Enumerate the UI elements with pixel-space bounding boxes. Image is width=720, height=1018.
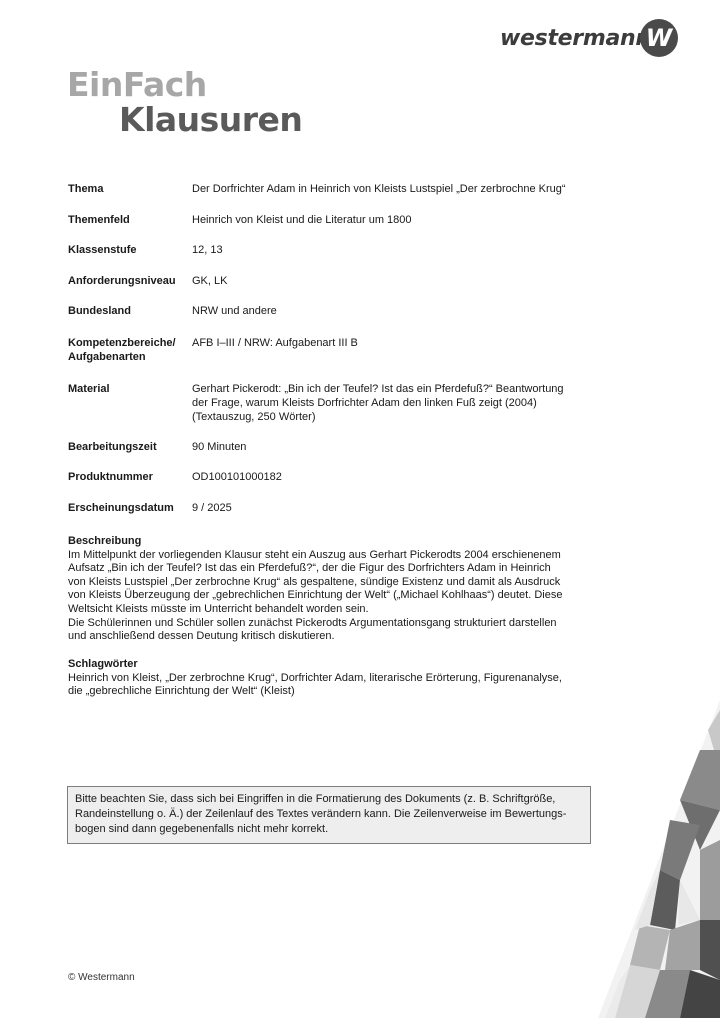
meta-value: GK, LK <box>192 274 608 288</box>
meta-key: Bundesland <box>68 304 192 318</box>
meta-row-erscheinungsdatum: Erscheinungsdatum 9 / 2025 <box>68 501 608 515</box>
meta-value: NRW und andere <box>192 304 608 318</box>
publisher-logo-icon: W <box>640 19 678 57</box>
meta-row-material: Material Gerhart Pickerodt: „Bin ich der… <box>68 382 608 424</box>
series-title-line2: Klausuren <box>119 103 302 136</box>
meta-key: Erscheinungsdatum <box>68 501 192 515</box>
description-paragraph: Die Schülerinnen und Schüler sollen zunä… <box>68 617 566 644</box>
keywords-text: Heinrich von Kleist, „Der zerbrochne Kru… <box>68 672 566 699</box>
meta-row-themenfeld: Themenfeld Heinrich von Kleist und die L… <box>68 213 608 227</box>
meta-key: Material <box>68 382 192 424</box>
meta-row-bearbeitungszeit: Bearbeitungszeit 90 Minuten <box>68 440 608 454</box>
keywords-heading: Schlagwörter <box>68 658 566 672</box>
meta-value: Heinrich von Kleist und die Literatur um… <box>192 213 608 227</box>
meta-row-anforderungsniveau: Anforderungsniveau GK, LK <box>68 274 608 288</box>
keywords-section: Schlagwörter Heinrich von Kleist, „Der z… <box>68 658 566 699</box>
meta-row-klassenstufe: Klassenstufe 12, 13 <box>68 243 608 257</box>
meta-key: Themenfeld <box>68 213 192 227</box>
meta-row-thema: Thema Der Dorfrichter Adam in Heinrich v… <box>68 182 608 196</box>
meta-row-kompetenzbereiche: Kompetenzbereiche/ Aufgabenarten AFB I–I… <box>68 336 608 364</box>
meta-key: Kompetenzbereiche/ Aufgabenarten <box>68 336 192 364</box>
formatting-notice: Bitte beachten Sie, dass sich bei Eingri… <box>67 786 591 844</box>
series-title-line1: EinFach <box>67 68 207 101</box>
meta-value: 9 / 2025 <box>192 501 608 515</box>
description-heading: Beschreibung <box>68 535 566 549</box>
meta-key: Klassenstufe <box>68 243 192 257</box>
meta-value: 12, 13 <box>192 243 608 257</box>
meta-value: OD100101000182 <box>192 470 608 484</box>
publisher-wordmark: westermann <box>500 26 651 51</box>
meta-value: AFB I–III / NRW: Aufgabenart III B <box>192 336 608 364</box>
meta-value: Gerhart Pickerodt: „Bin ich der Teufel? … <box>192 382 572 424</box>
meta-value: Der Dorfrichter Adam in Heinrich von Kle… <box>192 182 608 196</box>
meta-key: Bearbeitungszeit <box>68 440 192 454</box>
meta-value: 90 Minuten <box>192 440 608 454</box>
meta-row-produktnummer: Produktnummer OD100101000182 <box>68 470 608 484</box>
description-section: Beschreibung Im Mittelpunkt der vorliege… <box>68 535 566 644</box>
logo-letter: W <box>646 26 672 50</box>
description-paragraph: Im Mittelpunkt der vorliegenden Klausur … <box>68 549 566 617</box>
meta-key: Produktnummer <box>68 470 192 484</box>
meta-row-bundesland: Bundesland NRW und andere <box>68 304 608 318</box>
meta-key: Anforderungsniveau <box>68 274 192 288</box>
copyright-footer: © Westermann <box>68 972 135 983</box>
meta-key: Thema <box>68 182 192 196</box>
decorative-triangle-pattern <box>560 690 720 1018</box>
